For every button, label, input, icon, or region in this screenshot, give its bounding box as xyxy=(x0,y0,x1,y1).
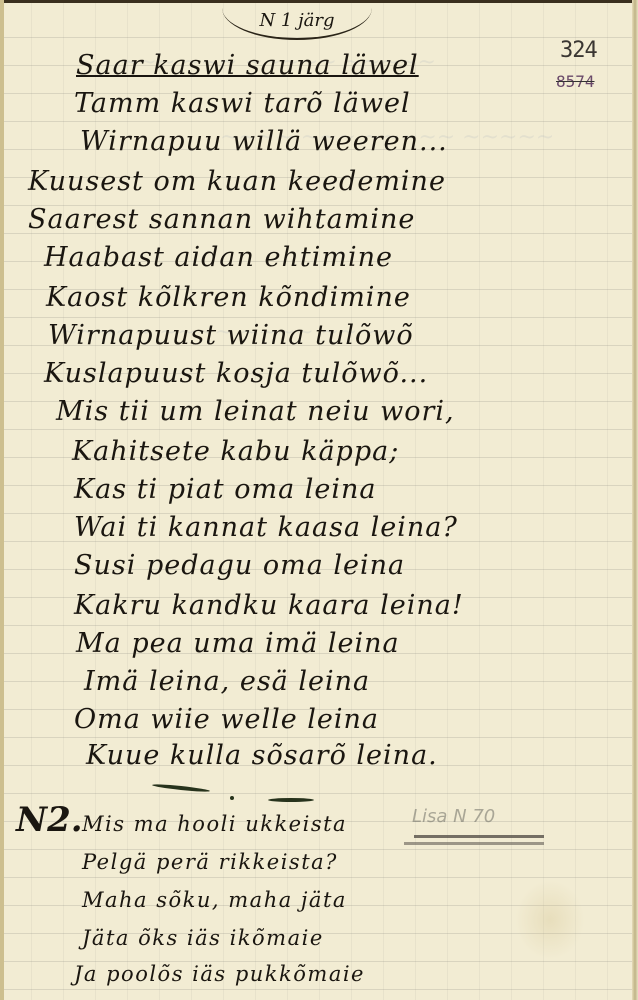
song2-line: Maha sõku, maha jäta xyxy=(82,888,347,912)
page-top-edge xyxy=(0,0,638,3)
song1-line: Kas ti piat oma leina xyxy=(74,474,377,505)
song2-line: Jäta õks iäs ikõmaie xyxy=(82,926,324,950)
pencil-strikethrough xyxy=(404,842,544,845)
page-left-edge xyxy=(0,0,4,1000)
page-right-edge xyxy=(632,0,638,1000)
archive-page-number: 324 xyxy=(560,38,597,63)
song1-line: Kuslapuust kosja tulõwõ... xyxy=(44,358,428,389)
manuscript-page: ~~~ ~~~ ~~~~~ ~~~~~ ~~~~ ~~~ ~~~~~ ~~~~~… xyxy=(0,0,638,1000)
song1-line: Kahitsete kabu käppa; xyxy=(72,436,399,467)
pencil-note: Lisa N 70 xyxy=(412,806,495,827)
separator-dash xyxy=(268,798,314,802)
song2-line: Ja poolõs iäs pukkõmaie xyxy=(74,962,365,986)
song1-line: Oma wiie welle leina xyxy=(74,704,379,735)
song1-line: Haabast aidan ehtimine xyxy=(44,242,393,273)
song1-line: Kuue kulla sõsarõ leina. xyxy=(86,740,438,771)
song2-number: N2. xyxy=(16,800,83,840)
song1-line: Tamm kaswi tarõ läwel xyxy=(74,88,411,119)
song1-line: Saar kaswi sauna läwel xyxy=(76,50,419,81)
continuation-header: N 1 järg xyxy=(222,8,372,40)
song1-line: Kaost kõlkren kõndimine xyxy=(46,282,411,313)
song1-line: Wirnapuu willä weeren... xyxy=(80,126,448,157)
song1-line: Wai ti kannat kaasa leina? xyxy=(74,512,458,543)
paper-stain xyxy=(515,880,585,960)
song2-line: Pelgä perä rikkeista? xyxy=(82,850,338,874)
separator-dash xyxy=(152,783,210,793)
archive-page-number-old: 8574 xyxy=(556,72,595,91)
pencil-strikethrough xyxy=(414,835,544,838)
song2-line: Mis ma hooli ukkeista xyxy=(82,812,347,836)
song1-line: Mis tii um leinat neiu wori, xyxy=(56,396,455,427)
song1-line: Ma pea uma imä leina xyxy=(76,628,400,659)
song1-line: Wirnapuust wiina tulõwõ xyxy=(48,320,414,351)
song1-line: Kakru kandku kaara leina! xyxy=(74,590,464,621)
song1-line: Kuusest om kuan keedemine xyxy=(28,166,446,197)
song1-line: Susi pedagu oma leina xyxy=(74,550,405,581)
separator-dot xyxy=(230,796,234,800)
song1-line: Saarest sannan wihtamine xyxy=(28,204,415,235)
song1-line: Imä leina, esä leina xyxy=(84,666,370,697)
